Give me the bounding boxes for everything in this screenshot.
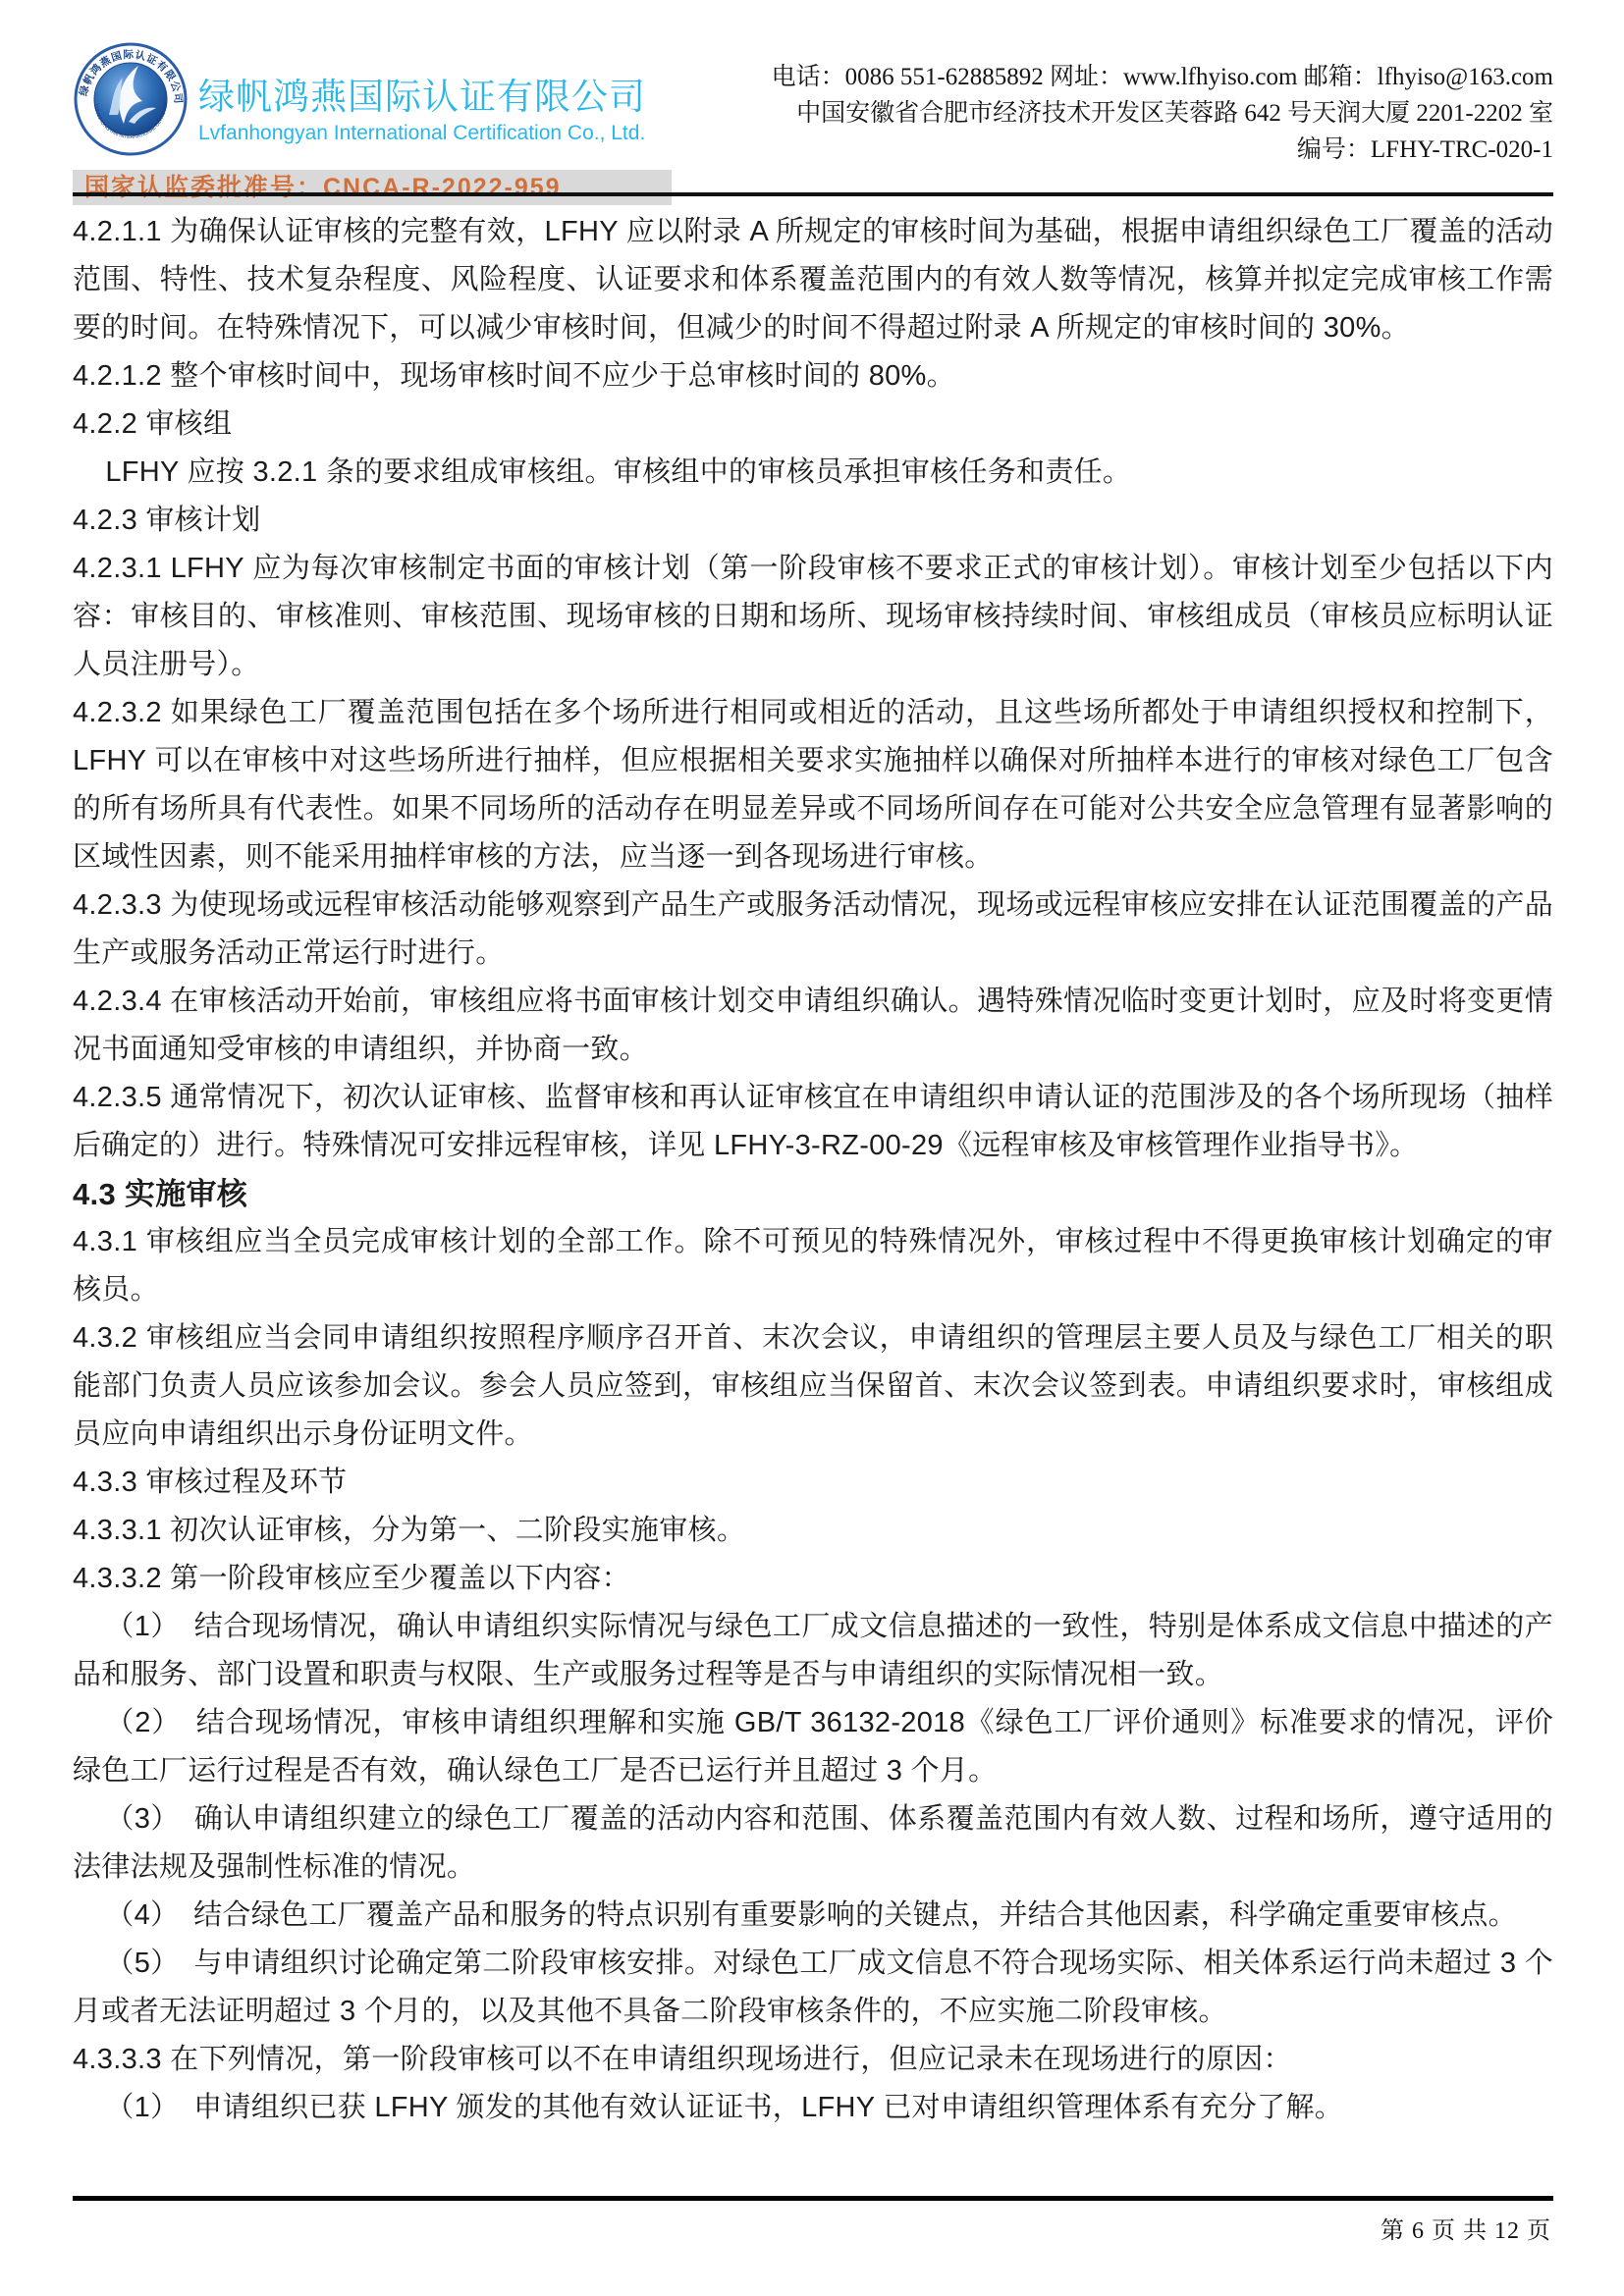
body-paragraph: （5） 与申请组织讨论确定第二阶段审核安排。对绿色工厂成文信息不符合现场实际、相… [73,1940,1553,2036]
body-paragraph: LFHY 应按 3.2.1 条的要求组成审核组。审核组中的审核员承担审核任务和责… [73,449,1553,497]
doc-number: 编号：LFHY-TRC-020-1 [772,132,1553,168]
approval-number-bar: 国家认监委批准号：CNCA-R-2022-959 [73,170,672,205]
section-heading: 4.3 实施审核 [73,1170,1553,1218]
document-body: 4.2.1.1 为确保认证审核的完整有效，LFHY 应以附录 A 所规定的审核时… [73,208,1553,2132]
company-logo-seal: 绿帆鸿燕国际认证有限公司 LVFANHONGYAN INTERNATIONAL … [73,41,189,162]
body-paragraph: 4.3.3.2 第一阶段审核应至少覆盖以下内容： [73,1555,1553,1603]
footer-divider [73,2196,1553,2201]
header-divider [73,192,1553,196]
body-paragraph: （3） 确认申请组织建立的绿色工厂覆盖的活动内容和范围、体系覆盖范围内有效人数、… [73,1795,1553,1892]
body-paragraph: 4.3.3 审核过程及环节 [73,1459,1553,1507]
company-name-cn: 绿帆鸿燕国际认证有限公司 [198,77,646,118]
body-paragraph: 4.2.3.1 LFHY 应为每次审核制定书面的审核计划（第一阶段审核不要求正式… [73,545,1553,689]
body-paragraph: 4.3.3.1 初次认证审核，分为第一、二阶段实施审核。 [73,1507,1553,1555]
brand-names: 绿帆鸿燕国际认证有限公司 Lvfanhongyan International … [198,37,646,146]
body-paragraph: 4.2.3.4 在审核活动开始前，审核组应将书面审核计划交申请组织确认。遇特殊情… [73,978,1553,1074]
body-paragraph: 4.3.3.3 在下列情况，第一阶段审核可以不在申请组织现场进行，但应记录未在现… [73,2036,1553,2084]
body-paragraph: 4.2.1.1 为确保认证审核的完整有效，LFHY 应以附录 A 所规定的审核时… [73,208,1553,352]
address-line: 中国安徽省合肥市经济技术开发区芙蓉路 642 号天润大厦 2201-2202 室 [772,95,1553,132]
letterhead-left: 绿帆鸿燕国际认证有限公司 LVFANHONGYAN INTERNATIONAL … [73,37,711,205]
body-paragraph: 4.2.3.5 通常情况下，初次认证审核、监督审核和再认证审核宜在申请组织申请认… [73,1074,1553,1170]
body-paragraph: 4.2.1.2 整个审核时间中，现场审核时间不应少于总审核时间的 80%。 [73,352,1553,400]
company-seal-icon: 绿帆鸿燕国际认证有限公司 LVFANHONGYAN INTERNATIONAL … [73,41,189,157]
page-number: 第 6 页 共 12 页 [1380,2211,1551,2245]
body-paragraph: （1） 申请组织已获 LFHY 颁发的其他有效认证证书，LFHY 已对申请组织管… [73,2084,1553,2132]
body-paragraph: 4.3.1 审核组应当全员完成审核计划的全部工作。除不可预见的特殊情况外，审核过… [73,1218,1553,1314]
document-page: 绿帆鸿燕国际认证有限公司 LVFANHONGYAN INTERNATIONAL … [0,0,1624,2296]
body-paragraph: 4.2.2 审核组 [73,400,1553,449]
body-paragraph: 4.2.3.3 为使现场或远程审核活动能够观察到产品生产或服务活动情况，现场或远… [73,881,1553,978]
letterhead: 绿帆鸿燕国际认证有限公司 LVFANHONGYAN INTERNATIONAL … [73,37,1553,205]
body-paragraph: 4.2.3 审核计划 [73,497,1553,545]
brand-row: 绿帆鸿燕国际认证有限公司 LVFANHONGYAN INTERNATIONAL … [73,37,711,162]
company-name-en: Lvfanhongyan International Certification… [198,121,646,146]
body-paragraph: 4.3.2 审核组应当会同申请组织按照程序顺序召开首、末次会议，申请组织的管理层… [73,1314,1553,1459]
body-paragraph: 4.2.3.2 如果绿色工厂覆盖范围包括在多个场所进行相同或相近的活动，且这些场… [73,689,1553,881]
contact-line: 电话：0086 551-62885892 网址：www.lfhyiso.com … [772,59,1553,95]
body-paragraph: （1） 结合现场情况，确认申请组织实际情况与绿色工厂成文信息描述的一致性，特别是… [73,1603,1553,1699]
body-paragraph: （2） 结合现场情况，审核申请组织理解和实施 GB/T 36132-2018《绿… [73,1699,1553,1795]
body-paragraph: （4） 结合绿色工厂覆盖产品和服务的特点识别有重要影响的关键点，并结合其他因素，… [73,1892,1553,1940]
letterhead-contact-block: 电话：0086 551-62885892 网址：www.lfhyiso.com … [772,37,1553,168]
